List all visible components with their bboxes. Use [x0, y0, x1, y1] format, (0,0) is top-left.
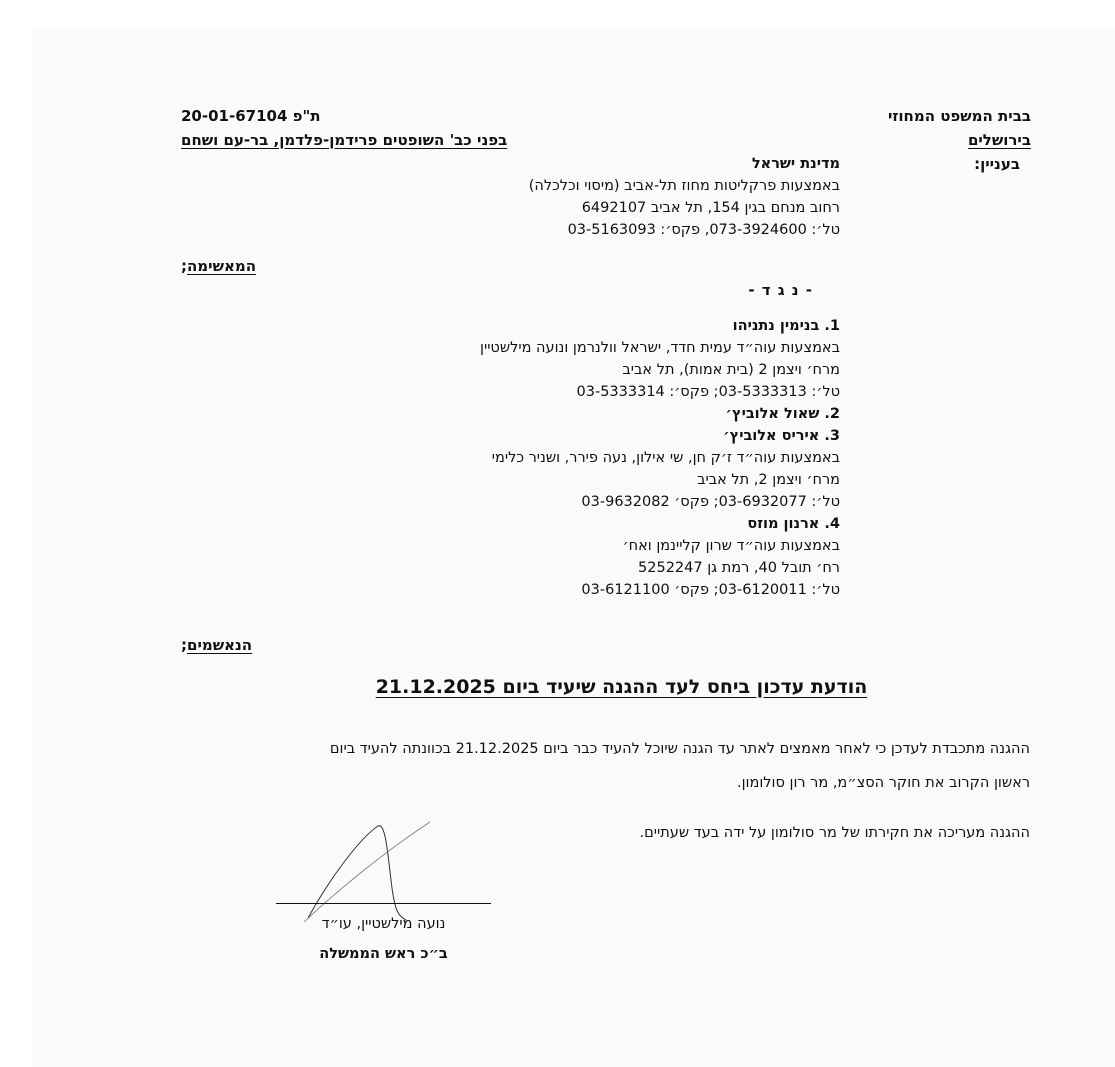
defendant-line: טל׳: 03-5333313; פקס׳: 03-5333314	[480, 381, 840, 403]
court-name: בבית המשפט המחוזי	[888, 107, 1031, 125]
body-line: ההגנה מעריכה את חקירתו של מר סולומון על …	[640, 816, 1030, 850]
defendant-name: 2. שאול אלוביץ׳	[480, 403, 840, 425]
versus-label: - נ ג ד -	[748, 281, 813, 299]
prosecution-line: באמצעות פרקליטות מחוז תל-אביב (מיסוי וכל…	[529, 175, 840, 197]
bench-line: בפני כב' השופטים פרידמן-פלדמן, בר-עם ושח…	[181, 131, 507, 149]
defendant-line: רח׳ תובל 40, רמת גן 5252247	[480, 557, 840, 579]
defendants-role-label: הנאשמים	[187, 636, 252, 654]
defendant-line: טל׳: 03-6932077; פקס׳ 03-9632082	[480, 491, 840, 513]
prosecution-line: רחוב מנחם בגין 154, תל אביב 6492107	[529, 197, 840, 219]
defendant-name: 1. בנימין נתניהו	[480, 315, 840, 337]
signatory-role: ב״כ ראש הממשלה	[276, 946, 491, 962]
defendant-line: מרח׳ ויצמן 2, תל אביב	[480, 469, 840, 491]
defendant-name: 3. איריס אלוביץ׳	[480, 425, 840, 447]
defendant-line: באמצעות עוה״ד שרון קליינמן ואח׳	[480, 535, 840, 557]
court-city: בירושלים	[968, 131, 1031, 149]
defendant-line: באמצעות עוה״ד ז׳ק חן, שי אילון, נעה פירר…	[480, 447, 840, 469]
signature-scribble-icon	[290, 818, 440, 928]
document-title-text: הודעת עדכון ביחס לעד ההגנה שיעיד ביום 21…	[376, 676, 868, 698]
body-paragraph-2: ההגנה מעריכה את חקירתו של מר סולומון על …	[640, 816, 1030, 850]
signature-line	[276, 903, 491, 904]
prosecution-role-label: המאשימה	[187, 257, 256, 275]
defendants-block: 1. בנימין נתניהו באמצעות עוה״ד עמית חדד,…	[480, 315, 840, 601]
defendant-line: טל׳: 03-6120011; פקס׳ 03-6121100	[480, 579, 840, 601]
defendant-line: באמצעות עוה״ד עמית חדד, ישראל וולנרמן ונ…	[480, 337, 840, 359]
prosecution-role: המאשימה;	[181, 257, 256, 275]
defendant-line: מרח׳ ויצמן 2 (בית אמות), תל אביב	[480, 359, 840, 381]
in-re-label: בעניין:	[974, 155, 1020, 173]
prosecution-line: טל׳: 073-3924600, פקס׳: 03-5163093	[529, 219, 840, 241]
signatory-name: נועה מילשטיין, עו״ד	[276, 916, 491, 932]
prosecution-name: מדינת ישראל	[529, 153, 840, 175]
body-line: ההגנה מתכבדת לעדכן כי לאחר מאמצים לאתר ע…	[180, 732, 1030, 766]
prosecution-block: מדינת ישראל באמצעות פרקליטות מחוז תל-אבי…	[529, 153, 840, 241]
case-number: ת"פ 20-01-67104	[181, 107, 321, 125]
body-paragraph-1: ההגנה מתכבדת לעדכן כי לאחר מאמצים לאתר ע…	[180, 732, 1030, 800]
defendant-name: 4. ארנון מוזס	[480, 513, 840, 535]
document-title: הודעת עדכון ביחס לעד ההגנה שיעיד ביום 21…	[0, 676, 1115, 698]
defendants-role: הנאשמים;	[181, 636, 252, 654]
body-line: ראשון הקרוב את חוקר הסצ״מ, מר רון סולומו…	[180, 766, 1030, 800]
